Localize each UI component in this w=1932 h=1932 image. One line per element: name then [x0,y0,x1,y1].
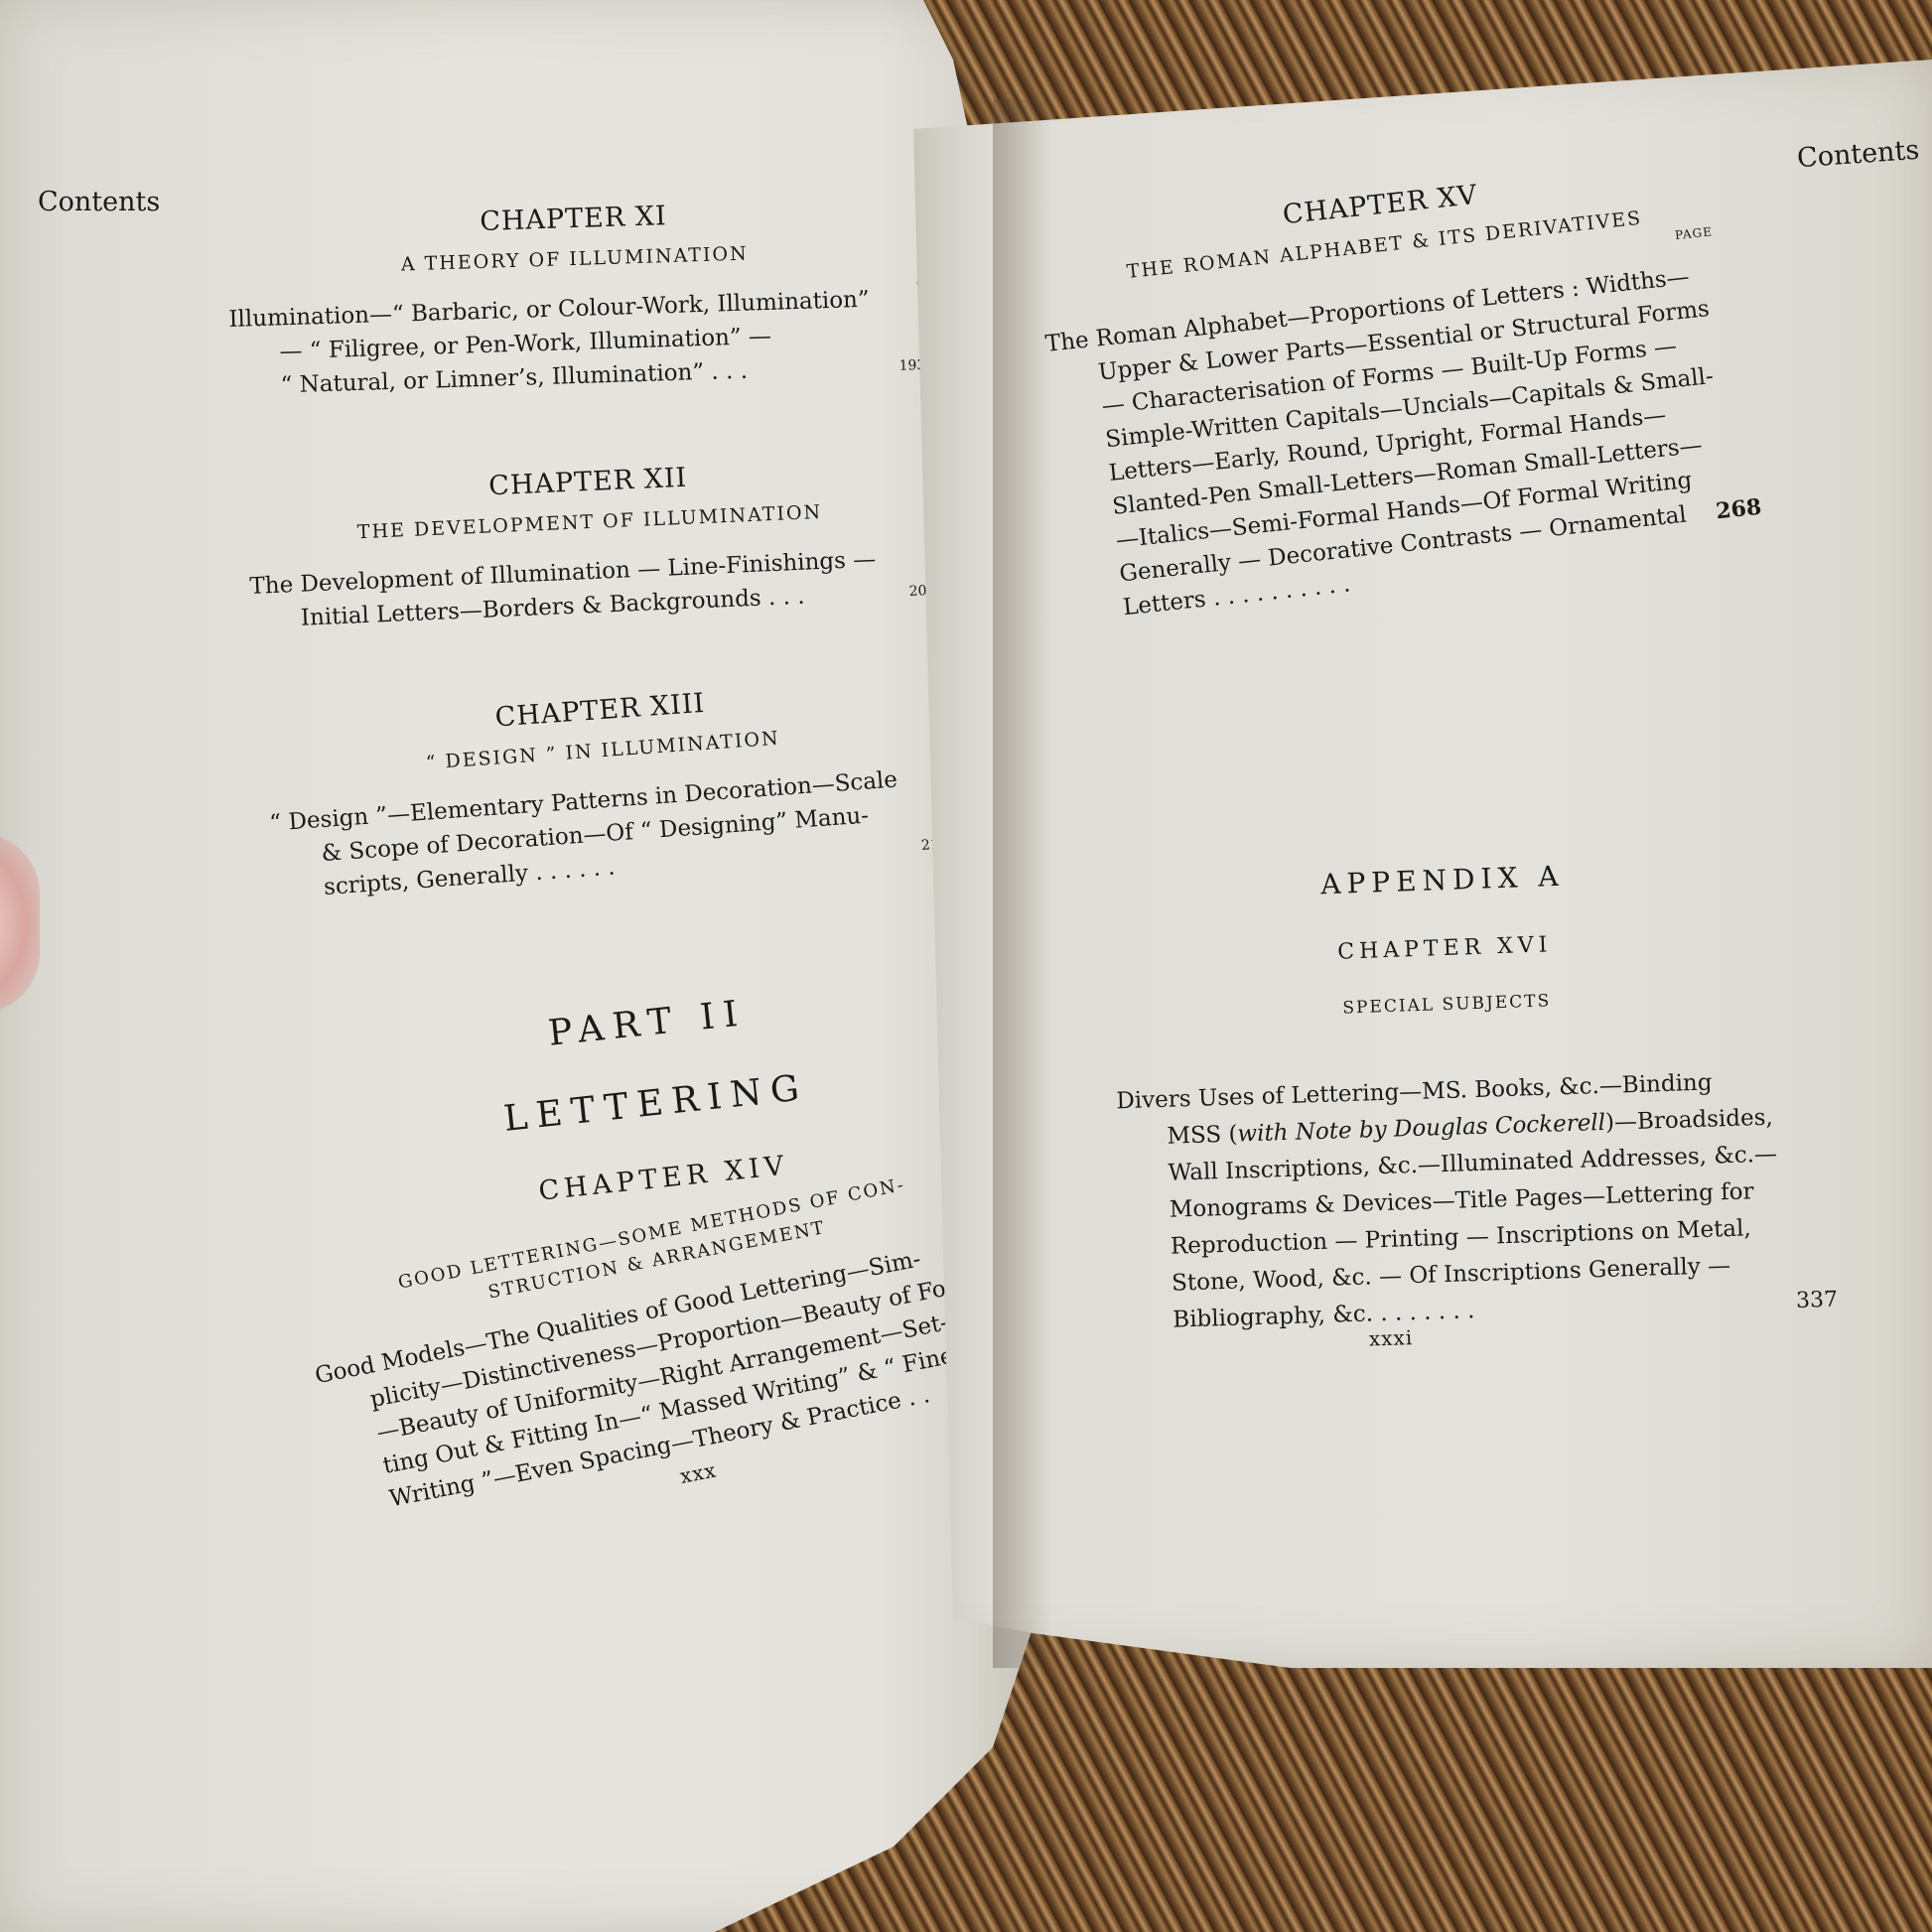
page-number: 268 [1715,490,1763,529]
part-name: LETTERING [417,1058,896,1149]
page-number: 337 [1795,1282,1838,1319]
chapter-xi-section: CHAPTER XI A THEORY OF ILLUMINATION PAGE… [225,193,926,404]
chapter-xii-section: CHAPTER XII THE DEVELOPMENT OF ILLUMINAT… [245,452,936,637]
appendix-heading: APPENDIX A CHAPTER XVI SPECIAL SUBJECTS [1218,856,1670,1023]
chapter-heading: CHAPTER XVI [1221,928,1669,969]
left-running-head: Contents [38,187,160,217]
page-column-label: PAGE [1674,224,1713,242]
italic-note: with Note by Douglas Cockerell [1237,1110,1605,1148]
chapter-xv-section: CHAPTER XV THE ROMAN ALPHABET & ITS DERI… [1034,154,1767,630]
chapter-title: A THEORY OF ILLUMINATION [227,237,922,281]
chapter-summary: Divers Uses of Lettering—MS. Books, &c.—… [1116,1061,1839,1340]
chapter-xvi-section: Divers Uses of Lettering—MS. Books, &c.—… [1116,1061,1839,1358]
